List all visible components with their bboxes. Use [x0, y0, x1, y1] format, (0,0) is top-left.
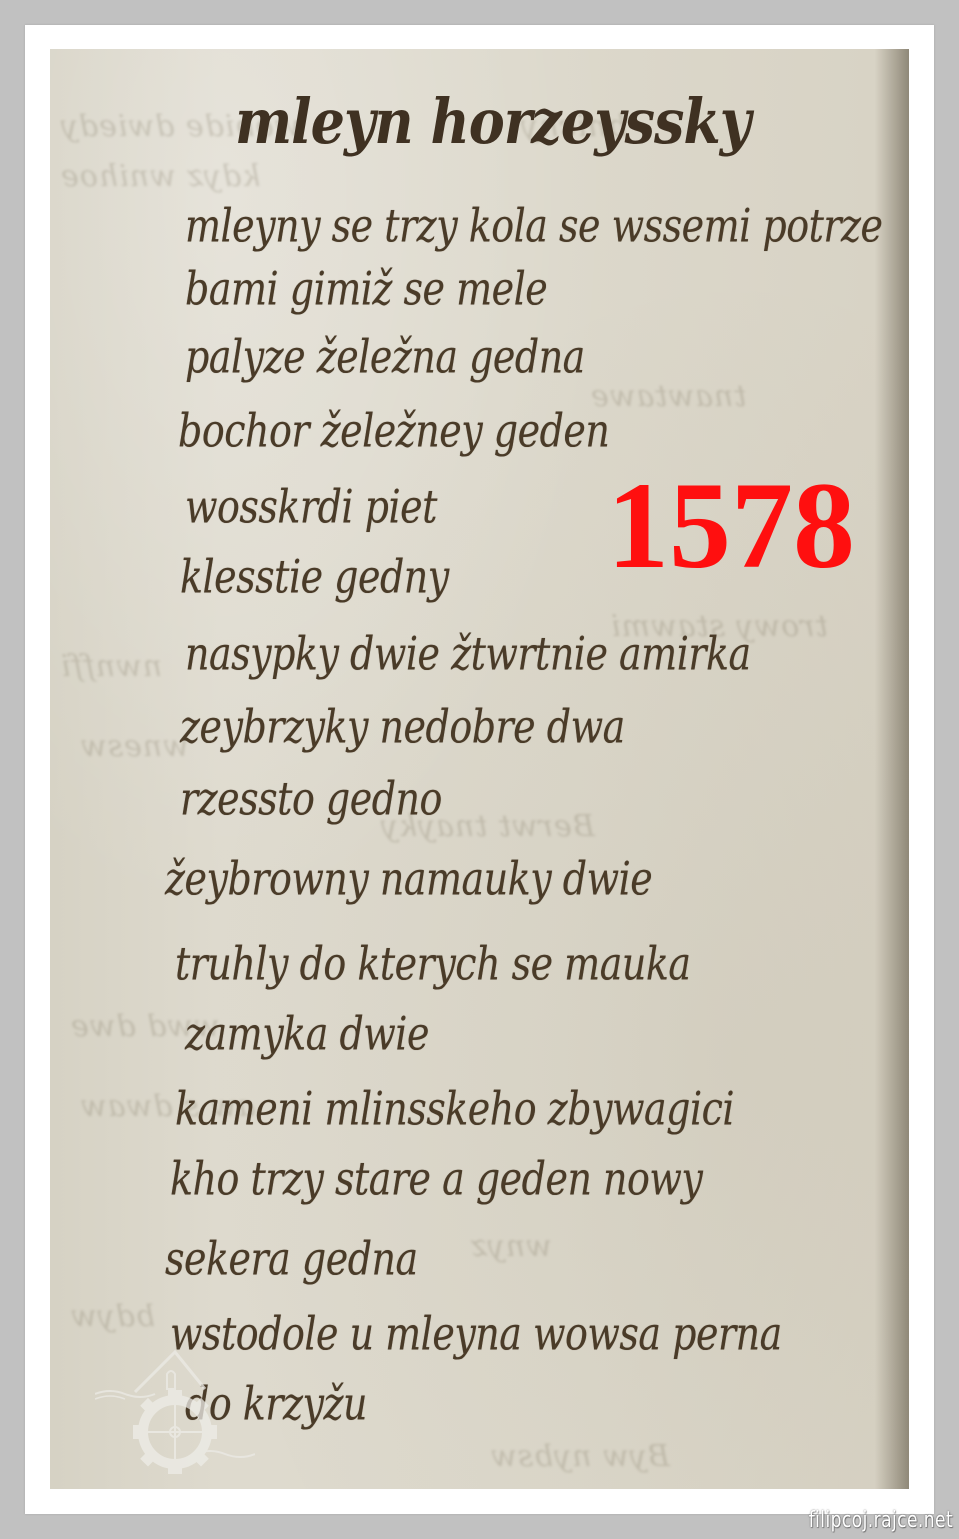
manuscript-line: bochor želežney geden	[178, 405, 609, 458]
bleed-through-text: bdyw	[70, 1299, 155, 1334]
manuscript-line: palyze želežna gedna	[185, 331, 585, 384]
manuscript-line: mleyny se trzy kola se wssemi potrze	[185, 200, 883, 253]
manuscript-line: wstodole u mleyna wowsa perna	[170, 1308, 782, 1361]
manuscript-page: wobide dwiedy kdyz wnihoe bnichy tnawtaw…	[50, 49, 909, 1489]
manuscript-line: nasypky dwie žtwrtnie amirka	[185, 628, 751, 681]
year-annotation: 1578	[607, 464, 855, 588]
manuscript-line: truhly do kterych se mauka	[175, 938, 691, 991]
site-watermark: filipcoj.rajce.net	[809, 1508, 953, 1533]
bleed-through-text: nwnffi	[60, 649, 162, 684]
manuscript-line: klesstie gedny	[180, 551, 449, 604]
manuscript-line: kameni mlinsskeho zbywagici	[175, 1083, 734, 1136]
manuscript-line: sekera gedna	[165, 1233, 418, 1286]
manuscript-line: wosskrdi piet	[185, 481, 437, 534]
watermill-icon	[95, 1344, 255, 1474]
manuscript-line: žeybrowny namauky dwie	[165, 853, 652, 906]
manuscript-line: zeybrzyky nedobre dwa	[180, 701, 625, 754]
manuscript-line: kho trzy stare a geden nowy	[170, 1153, 702, 1206]
bleed-through-text: tnawtawe	[590, 379, 746, 414]
bleed-through-text: wnesw	[80, 729, 189, 764]
manuscript-line: rzessto gedno	[180, 773, 442, 826]
manuscript-line: bami gimiž se mele	[185, 263, 547, 316]
page-heading: mleyn horzeyssky	[235, 84, 750, 158]
bleed-through-text: wnyz	[470, 1229, 552, 1264]
bleed-through-text: kdyz wnihoe	[60, 159, 260, 194]
manuscript-line: zamyka dwie	[185, 1008, 429, 1061]
bleed-through-text: Byw nybsw	[490, 1439, 670, 1474]
